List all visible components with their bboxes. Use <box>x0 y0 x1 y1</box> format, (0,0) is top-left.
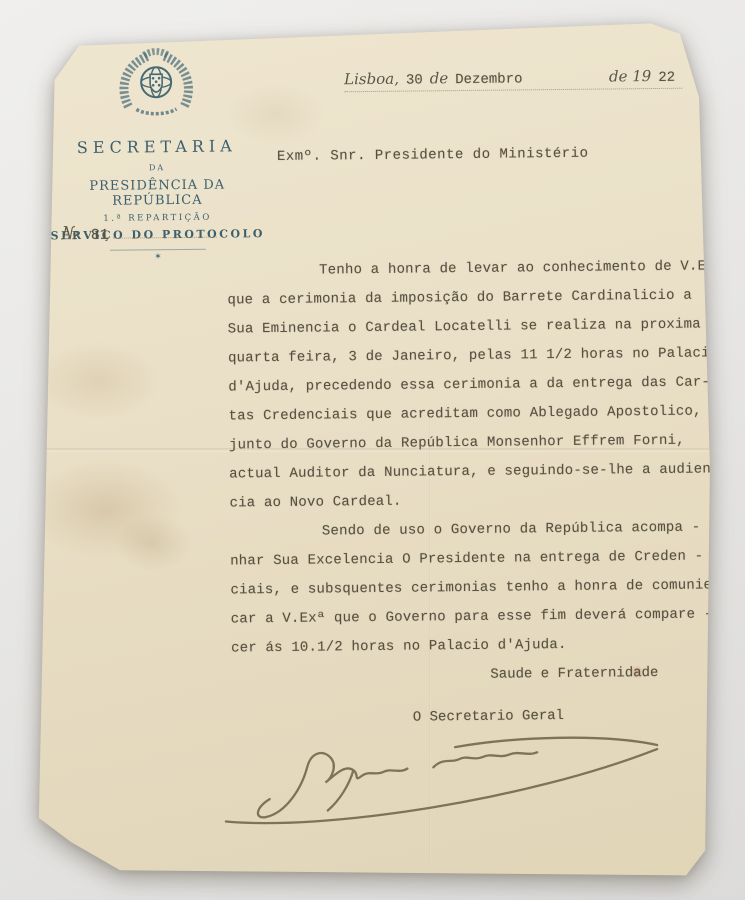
dateline-day: 30 <box>406 72 423 88</box>
letterhead-presidencia: PRESIDÊNCIA DA REPÚBLICA <box>45 177 269 209</box>
letter-content: SECRETARIA DA PRESIDÊNCIA DA REPÚBLICA 1… <box>26 16 717 881</box>
letterhead-da: DA <box>45 162 269 173</box>
republic-crest-icon <box>114 107 198 125</box>
reference-number: 81 <box>91 227 109 244</box>
closing-salutation: Saude e Fraternidade <box>490 665 658 683</box>
reference-dotted-leader <box>113 218 217 239</box>
addressee-line: Exmº. Snr. Presidente do Ministério <box>277 146 589 165</box>
dateline-place: Lisboa, <box>344 70 399 89</box>
dateline: Lisboa, 30 de Dezembro de 19 22 <box>344 67 682 93</box>
body-line: actual Auditor da Nunciatura, e seguindo… <box>229 455 715 489</box>
letter-paper: SECRETARIA DA PRESIDÊNCIA DA REPÚBLICA 1… <box>30 20 712 878</box>
dateline-year: 22 <box>658 70 675 86</box>
dateline-de: de <box>430 69 449 87</box>
letterhead-secretaria: SECRETARIA <box>45 136 269 157</box>
dateline-dotted-leader <box>529 82 602 83</box>
dateline-de19: de 19 <box>609 67 652 85</box>
body-line: car a V.Exª que o Governo para esse fim … <box>231 600 717 634</box>
letter-body: Tenho a honra de levar ao conhecimento d… <box>227 252 717 663</box>
body-line: cer ás 10.1/2 horas no Palacio d'Ajuda. <box>231 629 717 663</box>
handwritten-signature <box>203 715 692 838</box>
dateline-month: Dezembro <box>455 71 522 88</box>
numero-sign: № <box>62 223 79 244</box>
reference-number-line: № 81 <box>62 218 217 245</box>
letter-photo: SECRETARIA DA PRESIDÊNCIA DA REPÚBLICA 1… <box>30 20 712 878</box>
